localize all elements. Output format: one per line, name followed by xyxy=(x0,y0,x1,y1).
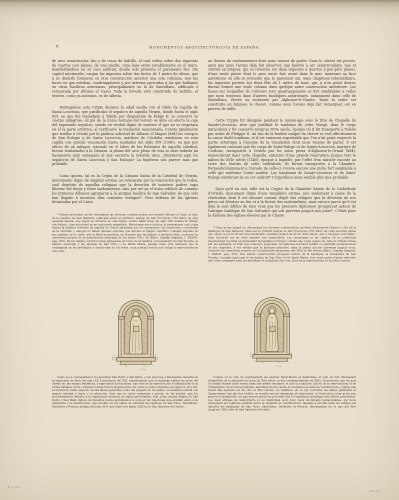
engraving-san-pedro xyxy=(110,297,162,373)
base-slab xyxy=(116,358,155,367)
text-column-spanish: de arco semicircular, liso y de rosca de… xyxy=(52,59,198,253)
running-title: MONUMENTOS ARQUITECTÓNICOS DE ESPAÑA. xyxy=(52,46,358,50)
engraver-mark xyxy=(276,366,282,367)
footnote-spanish: * Hemos procurado poder determinar las d… xyxy=(52,214,198,254)
caption-french: Comme on le voit, ils représentent les a… xyxy=(208,376,356,412)
paragraph: Cette Crypte fut désignée pendant le moy… xyxy=(208,119,356,180)
engraving-san-pablo xyxy=(246,295,298,371)
paragraph: au dessus du soubassement dont nous veno… xyxy=(208,59,356,111)
engraver-mark xyxy=(140,369,146,370)
paragraph: Quoi qu'il en soit, telle est la Crypte … xyxy=(208,187,356,217)
scanned-book-page: 8 MONUMENTOS ARQUITECTÓNICOS DE ESPAÑA. … xyxy=(0,0,399,500)
base-slab xyxy=(252,355,291,364)
caption-spanish: Como se ve, representan á los apóstoles … xyxy=(52,376,198,409)
pencil-mark-right: 4049 b xyxy=(369,490,382,493)
paragraph: de arco semicircular, liso y de rosca de… xyxy=(52,59,198,98)
paragraph: Distinguióse esta Cripta durante la edad… xyxy=(52,106,198,167)
pencil-mark-left: B 4.62 xyxy=(8,486,20,489)
text-column-french: au dessus du soubassement dont nous veno… xyxy=(208,59,356,263)
paragraph: Como quiera, tal es la Cripta de la Cáma… xyxy=(52,174,198,204)
footnote-french: * Nous avons essayé de déterminer les di… xyxy=(208,227,356,263)
